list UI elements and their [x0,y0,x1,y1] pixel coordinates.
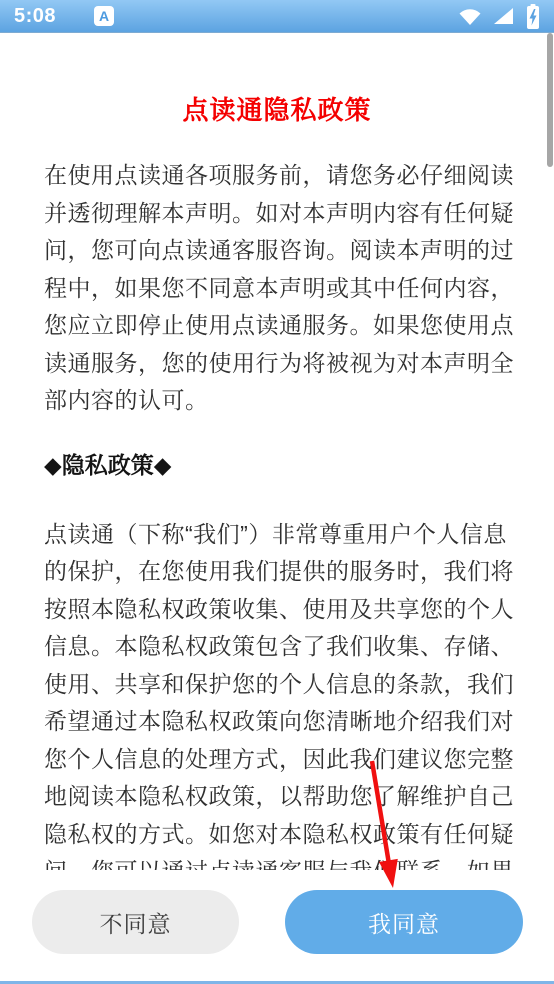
policy-text-line: 隐私权的方式。如您对本隐私权政策有任何疑 [44,816,510,854]
battery-charging-icon [526,4,540,29]
policy-text-line: 地阅读本隐私权政策，以帮助您了解维护自己 [44,778,510,816]
page-title: 点读通隐私政策 [44,95,510,125]
policy-text-line: 使用、共享和保护您的个人信息的条款，我们 [44,666,510,704]
policy-text-line: 问，您可以通过点读通客服与我们联系，如果 [44,853,510,870]
policy-text-line: 在使用点读通各项服务前，请您务必仔细阅读 [44,157,510,195]
agree-button[interactable]: 我同意 [285,890,523,954]
wifi-icon [458,7,482,25]
policy-body-paragraph: 点读通（下称“我们”）非常尊重用户个人信息 的保护，在您使用我们提供的服务时，我… [44,516,510,871]
policy-text-line: 您应立即停止使用点读通服务。如果您使用点 [44,307,510,345]
policy-text-line: 希望通过本隐私权政策向您清晰地介绍我们对 [44,703,510,741]
disagree-button[interactable]: 不同意 [32,890,239,954]
policy-text-line: 程中，如果您不同意本声明或其中任何内容， [44,270,510,308]
policy-text-line: 读通服务，您的使用行为将被视为对本声明全 [44,345,510,383]
policy-text-line: 点读通（下称“我们”）非常尊重用户个人信息 [44,516,510,554]
policy-text-line: 您个人信息的处理方式，因此我们建议您完整 [44,741,510,779]
status-bar-icons [458,4,540,29]
policy-text-line: 问，您可向点读通客服咨询。阅读本声明的过 [44,232,510,270]
app-screen: 5:08 A 点读通隐私政策 [0,0,554,984]
network-type-badge: A [94,6,114,26]
clock: 5:08 [14,5,56,28]
policy-text-line: 并透彻理解本声明。如对本声明内容有任何疑 [44,195,510,233]
privacy-dialog[interactable]: 点读通隐私政策 在使用点读通各项服务前，请您务必仔细阅读 并透彻理解本声明。如对… [0,33,554,870]
scrollbar-thumb[interactable] [547,33,553,167]
policy-text-line: 的保护，在您使用我们提供的服务时，我们将 [44,553,510,591]
cellular-signal-icon [493,8,515,25]
policy-text-line: 部内容的认可。 [44,382,510,420]
policy-text-line: 信息。本隐私权政策包含了我们收集、存储、 [44,628,510,666]
policy-intro-paragraph: 在使用点读通各项服务前，请您务必仔细阅读 并透彻理解本声明。如对本声明内容有任何… [44,157,510,420]
section-heading: ◆隐私政策◆ [44,450,510,480]
policy-text-line: 按照本隐私权政策收集、使用及共享您的个人 [44,591,510,629]
status-bar: 5:08 A [0,0,554,33]
